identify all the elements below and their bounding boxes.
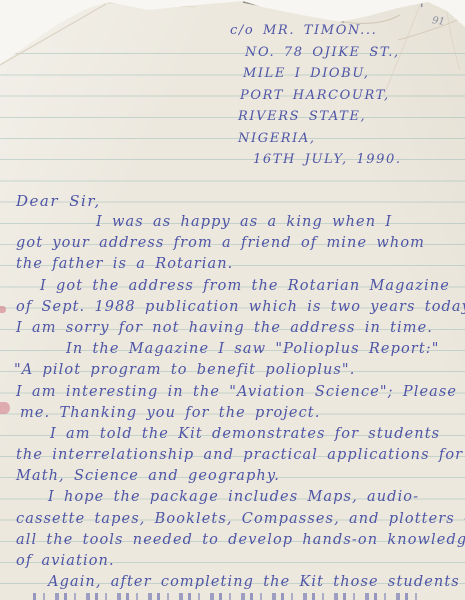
handwritten-line: Again, after completing the Kit those st…: [48, 572, 462, 593]
handwritten-line: I hope the package includes Maps, audio-: [48, 487, 462, 508]
handwritten-line: I was as happy as a king when I: [96, 212, 462, 233]
handwritten-line: the father is a Rotarian.: [16, 254, 462, 275]
handwritten-line: got your address from a friend of mine w…: [16, 233, 462, 254]
handwritten-line: of Sept. 1988 publication which is two y…: [16, 297, 462, 318]
address-line: PORT HARCOURT,: [240, 85, 402, 107]
cut-off-handwritten-line: [28, 593, 420, 600]
handwritten-line: I am told the Kit demonstrates for stude…: [50, 424, 462, 445]
corner-number-mark: 91: [431, 15, 445, 28]
red-ink-smudge: [0, 306, 6, 313]
address-line: NO. 78 OJIKE ST.,: [245, 42, 402, 64]
sender-address-block: c/o MR. TIMON... NO. 78 OJIKE ST., MILE …: [225, 20, 402, 171]
handwritten-line: Math, Science and geography.: [16, 466, 462, 487]
handwritten-line: I am interesting in the "Aviation Scienc…: [16, 382, 462, 403]
handwritten-line: "A pilot program to benefit polioplus".: [14, 360, 462, 381]
address-line: NIGERIA,: [238, 128, 402, 150]
red-ink-smudge: [0, 402, 10, 414]
handwritten-line: me. Thanking you for the project.: [20, 403, 462, 424]
date-line: 16TH JULY, 1990.: [253, 149, 402, 171]
handwritten-line: of aviation.: [16, 551, 462, 572]
address-line: c/o MR. TIMON...: [230, 20, 402, 42]
letter-paper-sheet: ' 91 c/o MR. TIMON... NO. 78 OJIKE ST., …: [0, 0, 465, 600]
handwritten-line: I got the address from the Rotarian Maga…: [40, 276, 462, 297]
letter-body: I was as happy as a king when I got your…: [14, 212, 462, 593]
address-line: MILE I DIOBU,: [243, 63, 402, 85]
handwritten-line: I am sorry for not having the address in…: [16, 318, 462, 339]
salutation: Dear Sir,: [16, 192, 101, 210]
handwritten-line: all the tools needed to develop hands-on…: [16, 530, 462, 551]
pen-tick-mark: ': [420, 2, 424, 17]
handwritten-line: cassette tapes, Booklets, Compasses, and…: [16, 509, 462, 530]
address-line: RIVERS STATE,: [238, 106, 402, 128]
handwritten-line: the interrelationship and practical appl…: [16, 445, 462, 466]
scanned-letter-page: { "letter": { "corner_mark": "91", "tick…: [0, 0, 465, 600]
handwritten-line: In the Magazine I saw "Polioplus Report:…: [66, 339, 462, 360]
